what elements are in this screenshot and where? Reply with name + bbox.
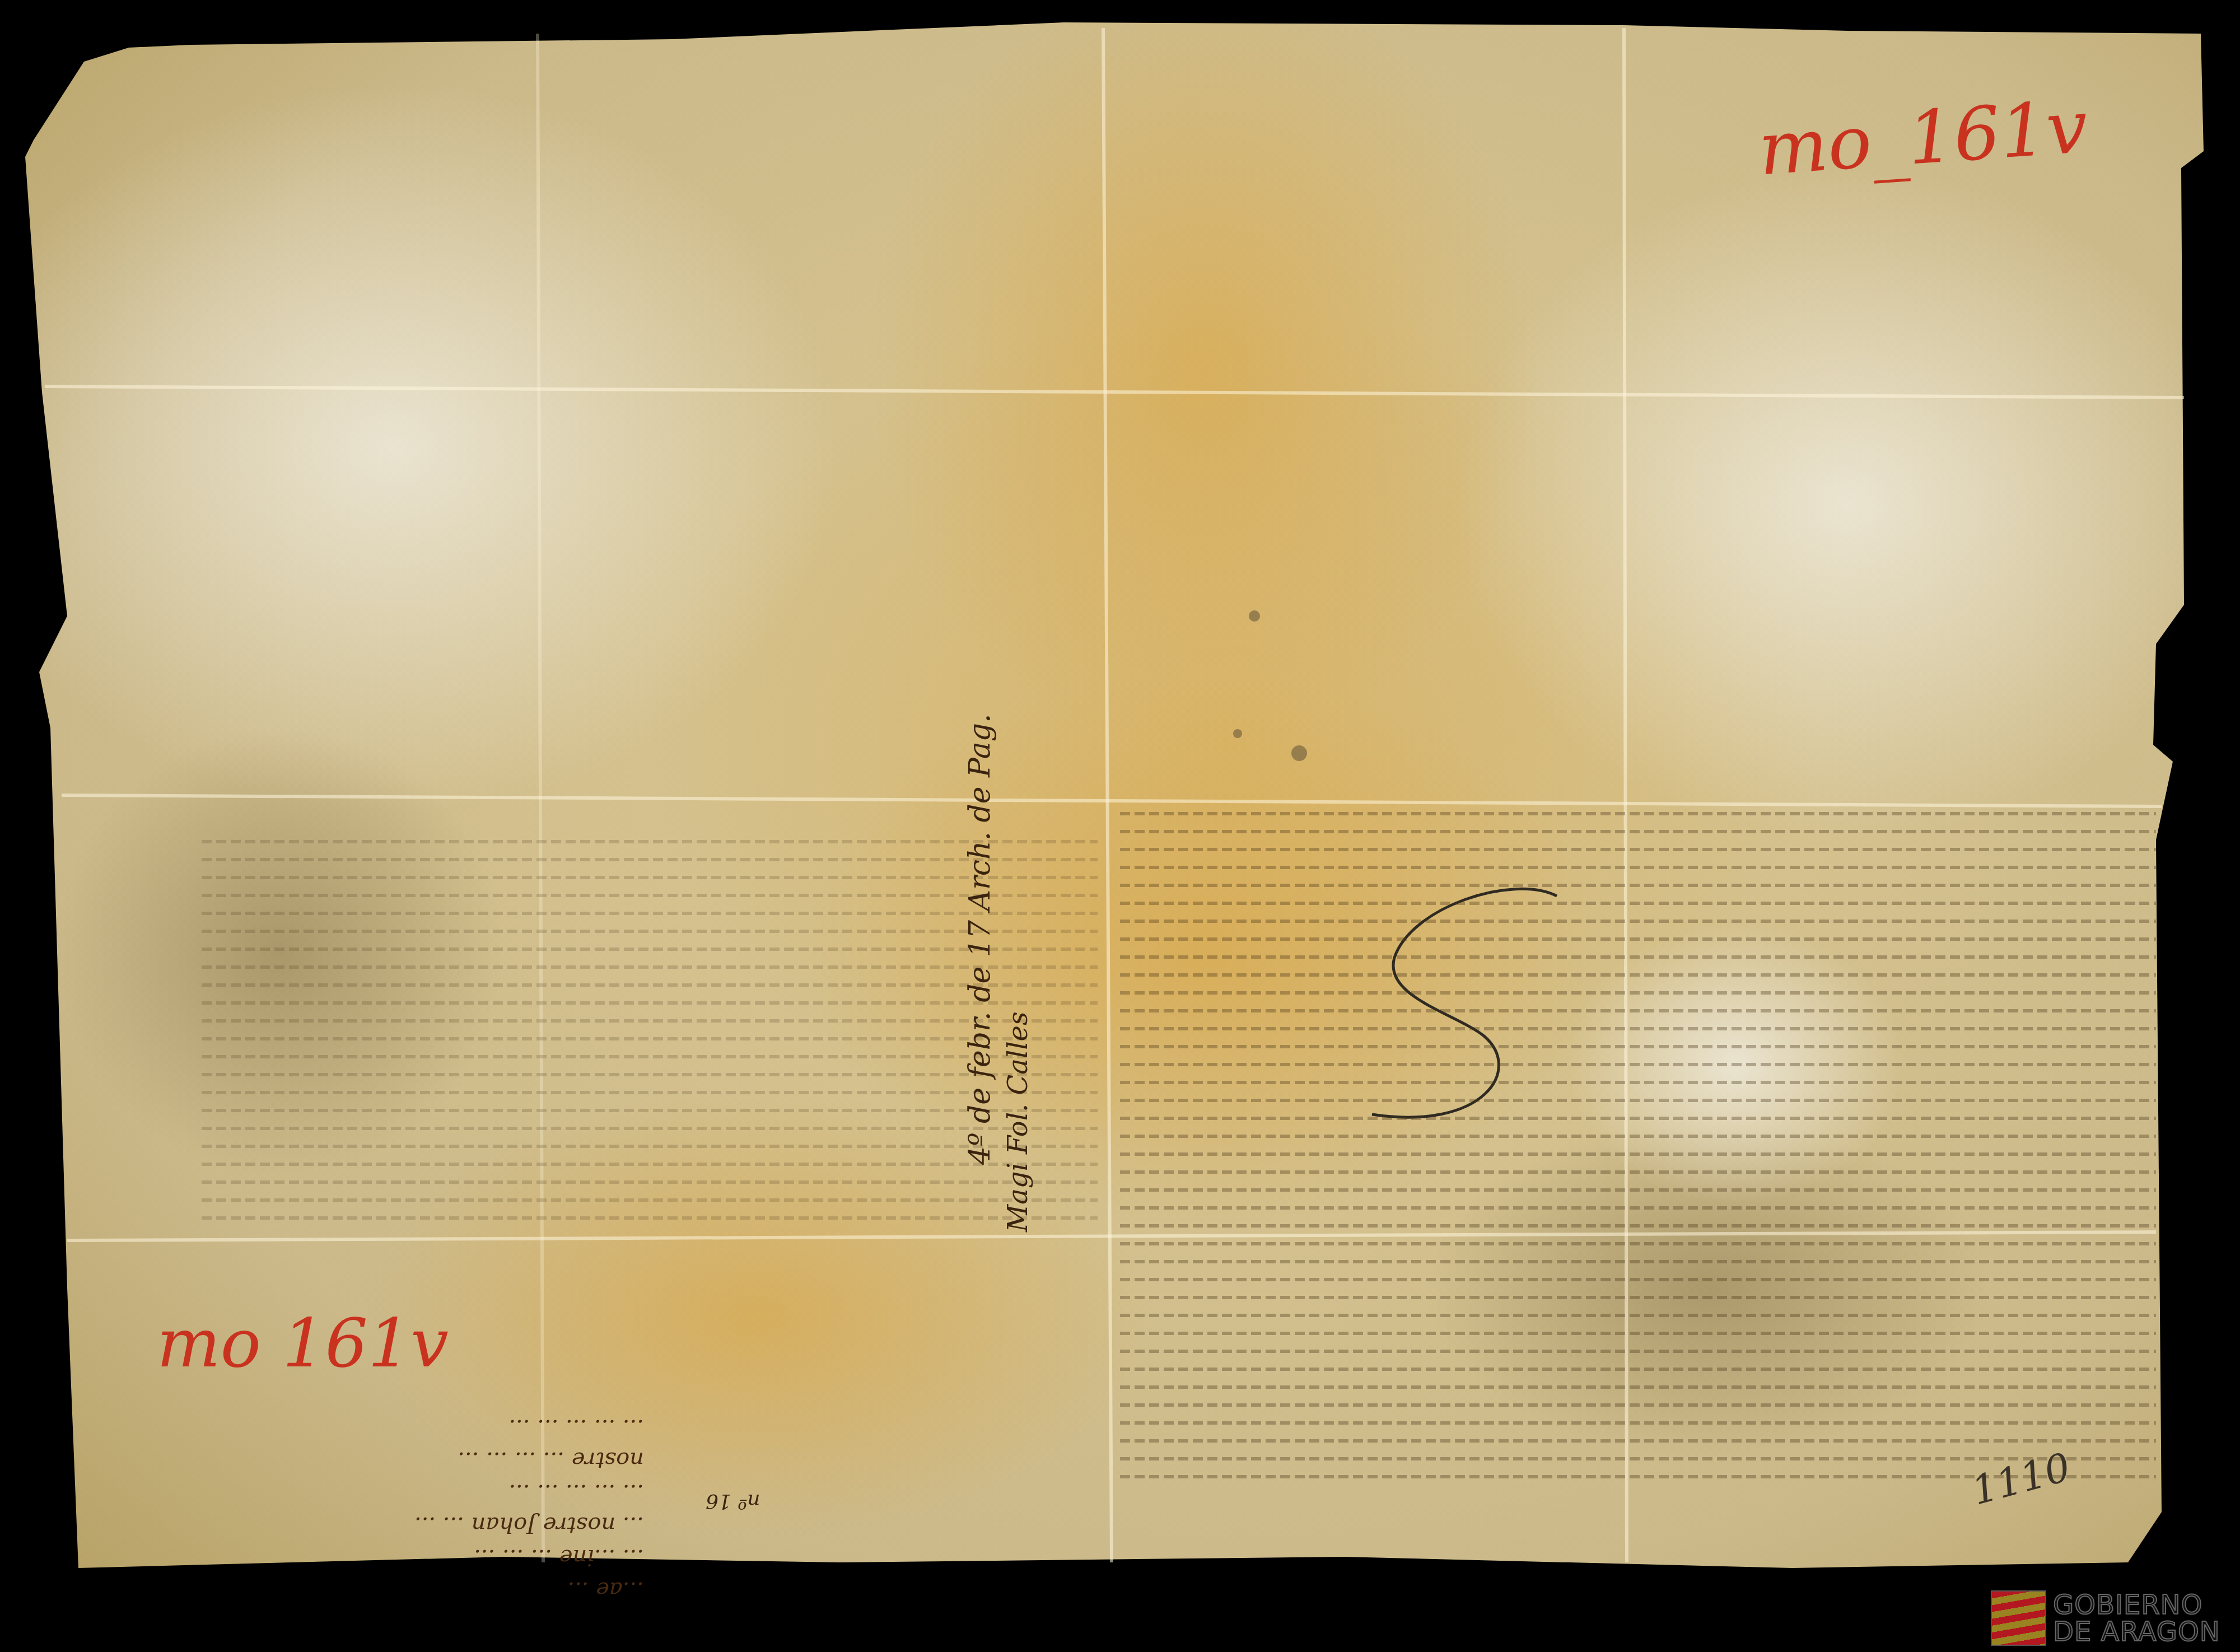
logo-line-1: GOBIERNO <box>2053 1592 2220 1618</box>
small-note-bottom-left: nº 16 <box>706 1490 760 1513</box>
endorsement-line: ...ae ... <box>84 1574 644 1606</box>
faded-text-block-right <box>1120 812 2156 1493</box>
endorsement-line: ... nostre Johan ... ... <box>84 1509 644 1541</box>
endorsement-line: nostre ... ... ... ... <box>84 1444 644 1476</box>
gobierno-de-aragon-logo: GOBIERNO DE ARAGON <box>1991 1590 2220 1646</box>
mirrored-endorsement: ...ae ... ... ...ine ... ... ... ... nos… <box>84 1411 644 1606</box>
vertical-archival-note-2: Magi Fol. Calles <box>1002 784 1034 1232</box>
logo-line-2: DE ARAGON <box>2053 1618 2220 1645</box>
aragon-flag-icon <box>1991 1590 2046 1646</box>
endorsement-line: ... ...ine ... ... ... <box>84 1541 644 1574</box>
endorsement-line: ... ... ... ... ... <box>84 1476 644 1509</box>
endorsement-line: ... ... ... ... ... <box>84 1411 644 1444</box>
vertical-archival-note-1: 4º de febr. de 17 Arch. de Pag. <box>963 437 997 1165</box>
shelfmark-bottom-left: mo 161v <box>157 1305 449 1383</box>
